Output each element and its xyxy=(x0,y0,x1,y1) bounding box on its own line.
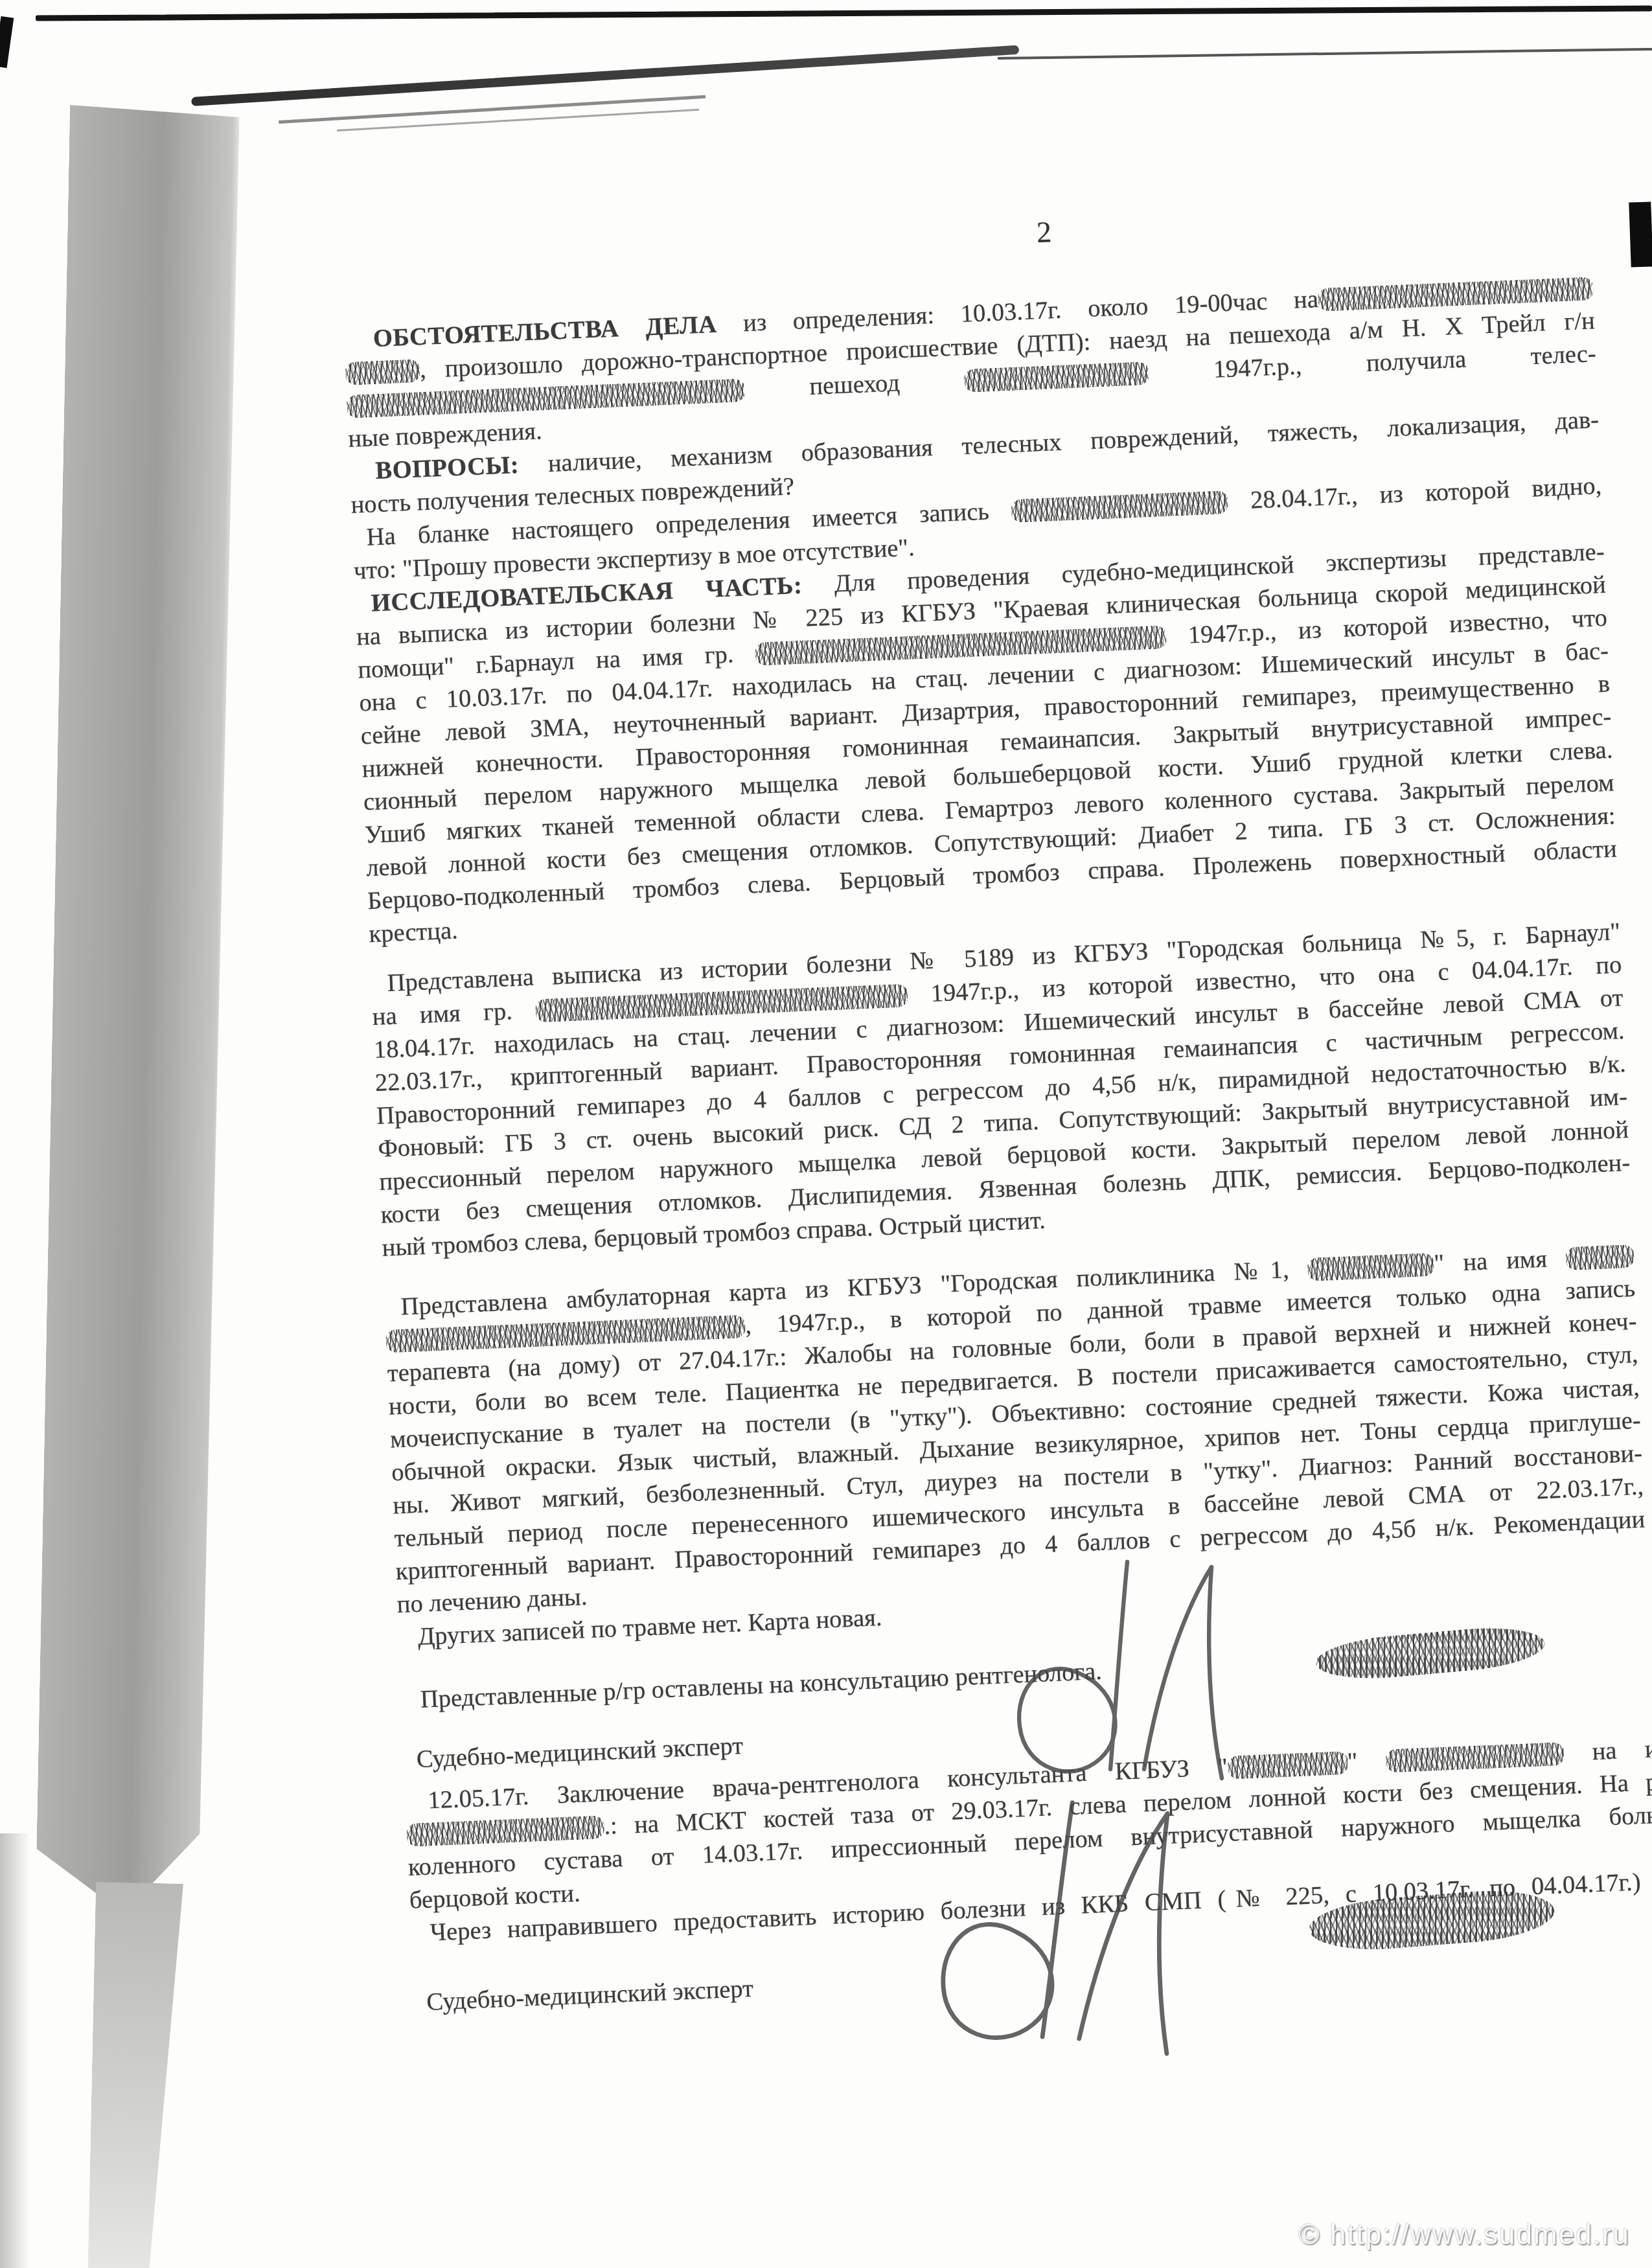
redaction-scribble xyxy=(1386,1742,1565,1772)
body-text: пешеход xyxy=(744,367,965,403)
body-text: Судебно-медицинский эксперт xyxy=(416,1732,744,1773)
paragraph-extract-5189: Представлена выписка из истории болезни … xyxy=(371,915,1633,1265)
scan-top-edge-line xyxy=(36,5,1652,21)
scan-top-right-line xyxy=(998,48,1652,60)
redaction-scribble xyxy=(1565,1244,1634,1270)
body-text: " xyxy=(1347,1747,1386,1776)
paragraph-research-part: ИССЛЕДОВАТЕЛЬСКАЯ ЧАСТЬ: Для проведения … xyxy=(354,536,1619,951)
body-text: берцовой кости. xyxy=(409,1880,580,1914)
redaction-scribble xyxy=(1307,1253,1434,1281)
heading-text: ВОПРОСЫ: xyxy=(375,452,520,485)
sudmed-watermark: © http://www.sudmed.ru xyxy=(1298,2219,1630,2251)
body-text: " на имя xyxy=(1434,1244,1566,1277)
redaction-scribble xyxy=(964,361,1149,393)
scan-page-edge-shadow xyxy=(191,45,1019,106)
expert-signature-1 xyxy=(991,1552,1263,1791)
body-text: на имя гр. xyxy=(372,997,536,1031)
scan-page-edge-shadow-thin xyxy=(279,95,706,124)
page-number: 2 xyxy=(1036,215,1052,249)
redaction-scribble xyxy=(1011,490,1228,523)
body-text: крестца. xyxy=(369,917,459,948)
scan-bottom-left-shadow xyxy=(0,1833,30,2268)
redaction-scribble xyxy=(406,1815,604,1847)
scanned-document-page: 2 ОБСТОЯТЕЛЬСТВА ДЕЛА из определения: 10… xyxy=(0,0,1652,2268)
scan-right-edge-mark xyxy=(1629,201,1652,267)
body-text: ные повреждения. xyxy=(348,417,543,452)
scan-page-edge-shadow-thin2 xyxy=(337,109,699,132)
body-text: по лечению даны. xyxy=(396,1583,588,1618)
body-text: на им xyxy=(1563,1735,1652,1767)
scan-left-shadow-band xyxy=(35,105,240,1916)
scan-left-shadow-fade xyxy=(87,1882,183,2268)
scan-corner-mark xyxy=(0,16,14,68)
redaction-scribble xyxy=(345,359,420,385)
body-text: Судебно-медицинский эксперт xyxy=(426,1975,754,2016)
expert-signature-2 xyxy=(900,1780,1237,2068)
